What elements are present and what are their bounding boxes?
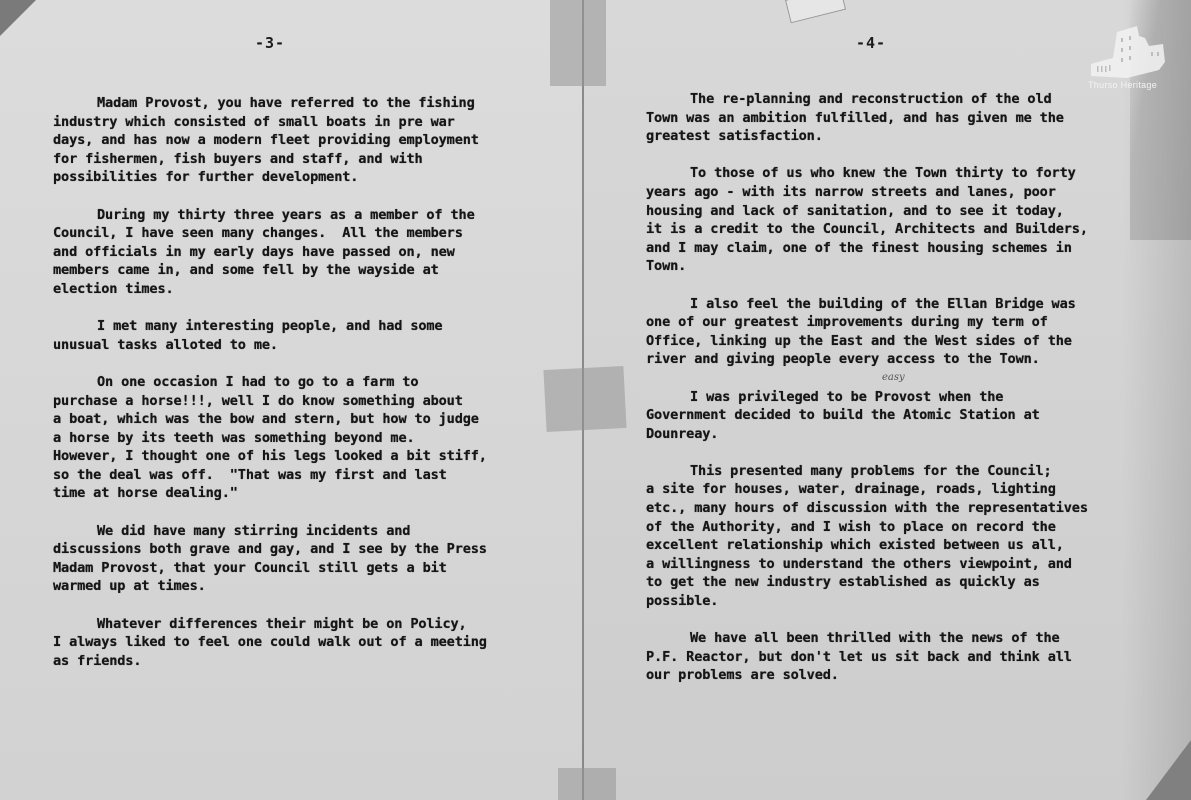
text-line: housing and lack of sanitation, and to s… <box>646 202 1088 221</box>
text-line: Dounreay. <box>646 425 1088 444</box>
paragraph: This presented many problems for the Cou… <box>646 462 1088 611</box>
text-line: river and giving people every access to … <box>646 350 1088 369</box>
text-line: greatest satisfaction. <box>646 127 1088 146</box>
scanned-document: Thurso Heritage -3- Madam Provost, you h… <box>0 0 1191 800</box>
text-line: excellent relationship which existed bet… <box>646 536 1088 555</box>
handwritten-annotation: easy <box>882 372 905 383</box>
text-line: P.F. Reactor, but don't let us sit back … <box>646 648 1088 667</box>
page-number-left: -3- <box>255 34 285 52</box>
text-line: To those of us who knew the Town thirty … <box>646 164 1088 183</box>
corner-mount-bottom-right <box>1146 740 1191 800</box>
text-line: I also feel the building of the Ellan Br… <box>646 295 1088 314</box>
page-number-right: -4- <box>856 34 886 52</box>
paragraph: To those of us who knew the Town thirty … <box>646 164 1088 276</box>
paragraph: We did have many stirring incidents andd… <box>53 522 487 596</box>
paragraph: I also feel the building of the Ellan Br… <box>646 295 1088 369</box>
paragraph: I met many interesting people, and had s… <box>53 317 487 354</box>
text-line: industry which consisted of small boats … <box>53 113 487 132</box>
text-line: possible. <box>646 592 1088 611</box>
text-line: as friends. <box>53 652 487 671</box>
text-line: days, and has now a modern fleet providi… <box>53 131 487 150</box>
paragraph: We have all been thrilled with the news … <box>646 629 1088 685</box>
paragraph: I was privileged to be Provost when theG… <box>646 388 1088 444</box>
text-line: Whatever differences their might be on P… <box>53 615 487 634</box>
right-page-body: The re-planning and reconstruction of th… <box>646 90 1088 704</box>
text-line: years ago - with its narrow streets and … <box>646 183 1088 202</box>
text-line: a willingness to understand the others v… <box>646 555 1088 574</box>
text-line: Council, I have seen many changes. All t… <box>53 224 487 243</box>
text-line: a boat, which was the bow and stern, but… <box>53 410 487 429</box>
text-line: unusual tasks alloted to me. <box>53 336 487 355</box>
text-line: During my thirty three years as a member… <box>53 206 487 225</box>
text-line: Madam Provost, you have referred to the … <box>53 94 487 113</box>
tape-strip-middle <box>543 366 626 432</box>
watermark-text: Thurso Heritage <box>1088 80 1157 90</box>
text-line: a horse by its teeth was something beyon… <box>53 429 487 448</box>
text-line: purchase a horse!!!, well I do know some… <box>53 392 487 411</box>
text-line: I was privileged to be Provost when the <box>646 388 1088 407</box>
text-line: for fishermen, fish buyers and staff, an… <box>53 150 487 169</box>
text-line: one of our greatest improvements during … <box>646 313 1088 332</box>
paragraph: The re-planning and reconstruction of th… <box>646 90 1088 146</box>
tape-strip-bottom <box>558 768 616 800</box>
paragraph: On one occasion I had to go to a farm to… <box>53 373 487 503</box>
text-line: warmed up at times. <box>53 577 487 596</box>
text-line: discussions both grave and gay, and I se… <box>53 540 487 559</box>
thurso-heritage-logo-icon <box>1087 18 1171 88</box>
text-line: election times. <box>53 280 487 299</box>
text-line: Madam Provost, that your Council still g… <box>53 559 487 578</box>
text-line: Town was an ambition fulfilled, and has … <box>646 109 1088 128</box>
paragraph: During my thirty three years as a member… <box>53 206 487 299</box>
text-line: On one occasion I had to go to a farm to <box>53 373 487 392</box>
text-line: We have all been thrilled with the news … <box>646 629 1088 648</box>
shadow-right-edge <box>1121 0 1191 800</box>
text-line: We did have many stirring incidents and <box>53 522 487 541</box>
text-line: The re-planning and reconstruction of th… <box>646 90 1088 109</box>
paragraph: Madam Provost, you have referred to the … <box>53 94 487 187</box>
text-line: so the deal was off. "That was my first … <box>53 466 487 485</box>
text-line: our problems are solved. <box>646 666 1088 685</box>
text-line: This presented many problems for the Cou… <box>646 462 1088 481</box>
left-page-body: Madam Provost, you have referred to the … <box>53 94 487 689</box>
paragraph: Whatever differences their might be on P… <box>53 615 487 671</box>
text-line: a site for houses, water, drainage, road… <box>646 480 1088 499</box>
text-line: of the Authority, and I wish to place on… <box>646 518 1088 537</box>
text-line: and I may claim, one of the finest housi… <box>646 239 1088 258</box>
text-line: Town. <box>646 257 1088 276</box>
text-line: it is a credit to the Council, Architect… <box>646 220 1088 239</box>
text-line: and officials in my early days have pass… <box>53 243 487 262</box>
text-line: to get the new industry established as q… <box>646 573 1088 592</box>
text-line: Office, linking up the East and the West… <box>646 332 1088 351</box>
text-line: possibilities for further development. <box>53 168 487 187</box>
text-line: I always liked to feel one could walk ou… <box>53 633 487 652</box>
text-line: However, I thought one of his legs looke… <box>53 447 487 466</box>
text-line: time at horse dealing." <box>53 484 487 503</box>
text-line: members came in, and some fell by the wa… <box>53 261 487 280</box>
text-line: Government decided to build the Atomic S… <box>646 406 1088 425</box>
text-line: I met many interesting people, and had s… <box>53 317 487 336</box>
text-line: etc., many hours of discussion with the … <box>646 499 1088 518</box>
tape-strip-top <box>550 0 606 86</box>
corner-mount-top-left <box>0 0 36 36</box>
